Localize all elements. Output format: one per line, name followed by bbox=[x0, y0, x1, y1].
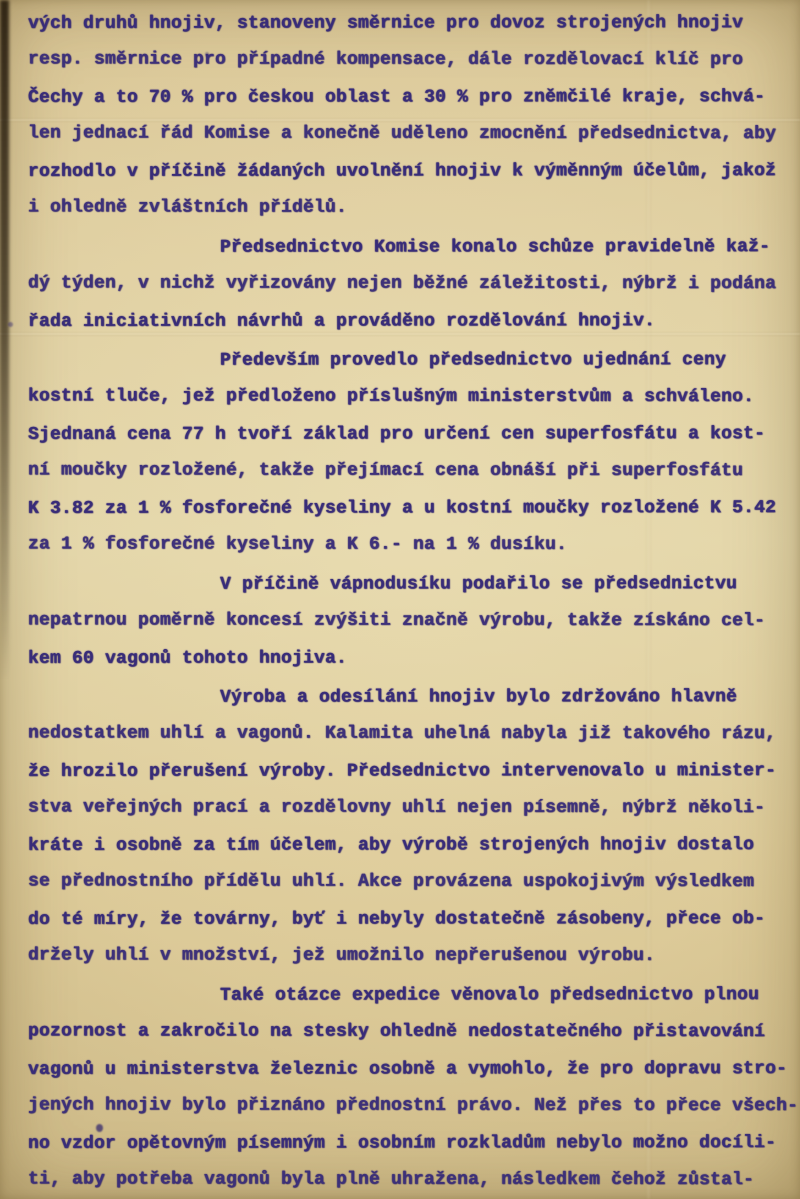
text-line: ti, aby potřeba vagonů byla plně uhražen… bbox=[28, 1161, 796, 1199]
text-line: jených hnojiv bylo přiznáno přednostní p… bbox=[28, 1087, 796, 1125]
text-line: Především provedlo předsednictvo ujednán… bbox=[28, 342, 796, 380]
text-line: Také otázce expedice věnovalo předsednic… bbox=[28, 977, 796, 1015]
paragraph-continuation: vých druhů hnojiv, stanoveny směrnice pr… bbox=[28, 5, 796, 227]
document-page: vých druhů hnojiv, stanoveny směrnice pr… bbox=[0, 0, 800, 1199]
text-line: len jednací řád Komise a konečně uděleno… bbox=[28, 115, 796, 153]
text-line: kostní tluče, jež předloženo příslušným … bbox=[28, 378, 796, 416]
text-line: nedostatkem uhlí a vagonů. Kalamita uhel… bbox=[28, 715, 796, 753]
text-line: no vzdor opětovným písemným i osobním ro… bbox=[28, 1125, 796, 1163]
text-line: kem 60 vagonů tohoto hnojiva. bbox=[28, 640, 796, 678]
text-line: Výroba a odesílání hnojiv bylo zdržováno… bbox=[28, 679, 796, 717]
text-line: Čechy a to 70 % pro českou oblast a 30 %… bbox=[28, 79, 796, 117]
paragraph-weekly-meetings: Předsednictvo Komise konalo schůze pravi… bbox=[28, 229, 796, 340]
text-line: V příčině vápnodusíku podařilo se předse… bbox=[28, 566, 796, 604]
text-line: Sjednaná cena 77 h tvoří základ pro urče… bbox=[28, 416, 796, 454]
text-line: stva veřejných prací a rozdělovny uhlí n… bbox=[28, 789, 796, 827]
paragraph-calcium-cyanamide: V příčině vápnodusíku podařilo se předse… bbox=[28, 566, 796, 677]
text-line: za 1 % fosforečné kyseliny a K 6.- na 1 … bbox=[28, 526, 796, 564]
text-line: resp. směrnice pro případné kompensace, … bbox=[28, 41, 796, 79]
text-line: se přednostního přídělu uhlí. Akce prová… bbox=[28, 863, 796, 901]
text-line: Předsednictvo Komise konalo schůze pravi… bbox=[28, 229, 796, 267]
paragraph-price-agreement: Především provedlo předsednictvo ujednán… bbox=[28, 342, 796, 564]
text-line: ní moučky rozložené, takže přejímací cen… bbox=[28, 452, 796, 490]
typewritten-text: vých druhů hnojiv, stanoveny směrnice pr… bbox=[0, 0, 800, 1199]
text-line: do té míry, že továrny, byť i nebyly dos… bbox=[28, 901, 796, 939]
text-line: dý týden, v nichž vyřizovány nejen běžné… bbox=[28, 265, 796, 303]
text-line: pozornost a zakročilo na stesky ohledně … bbox=[28, 1013, 796, 1051]
paragraph-expedition-wagons: Také otázce expedice věnovalo předsednic… bbox=[28, 977, 796, 1199]
text-line: vých druhů hnojiv, stanoveny směrnice pr… bbox=[28, 5, 796, 43]
text-line: K 3.82 za 1 % fosforečné kyseliny a u ko… bbox=[28, 490, 796, 528]
text-line: řada iniciativních návrhů a prováděno ro… bbox=[28, 303, 796, 341]
text-line: rozhodlo v příčině žádaných uvolnění hno… bbox=[28, 153, 796, 191]
text-line: i ohledně zvláštních přídělů. bbox=[28, 189, 796, 227]
text-line: že hrozilo přerušení výroby. Předsednict… bbox=[28, 753, 796, 791]
text-line: vagonů u ministerstva železnic osobně a … bbox=[28, 1051, 796, 1089]
text-line: držely uhlí v množství, jež umožnilo nep… bbox=[28, 937, 796, 975]
paragraph-coal-shortage: Výroba a odesílání hnojiv bylo zdržováno… bbox=[28, 679, 796, 975]
text-line: kráte i osobně za tím účelem, aby výrobě… bbox=[28, 827, 796, 865]
text-line: nepatrnou poměrně koncesí zvýšiti značně… bbox=[28, 602, 796, 640]
